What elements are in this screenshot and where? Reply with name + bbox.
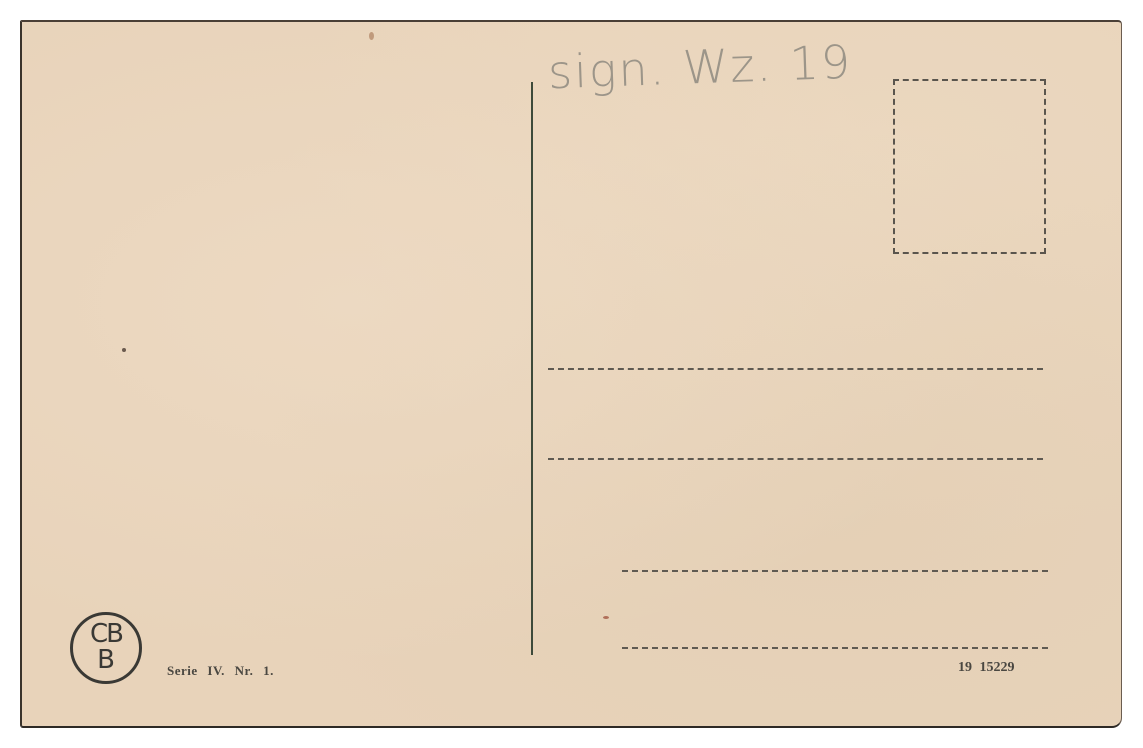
publisher-logo-icon: CB B bbox=[70, 612, 142, 684]
address-line-4 bbox=[622, 647, 1048, 649]
logo-top-letters: CB bbox=[73, 621, 139, 647]
stain-mark bbox=[369, 32, 374, 40]
address-line-3 bbox=[622, 570, 1048, 572]
address-line-2 bbox=[548, 458, 1043, 460]
stamp-placeholder-box bbox=[893, 79, 1046, 254]
message-address-divider bbox=[531, 82, 533, 655]
handwritten-note: sign. Wz. 19 bbox=[547, 35, 853, 100]
ink-spot bbox=[122, 348, 126, 352]
series-label: Serie IV. Nr. 1. bbox=[167, 663, 274, 679]
print-code: 19 15229 bbox=[958, 660, 1015, 676]
stain-mark bbox=[603, 616, 609, 619]
address-line-1 bbox=[548, 368, 1043, 370]
logo-bottom-letter: B bbox=[73, 647, 139, 673]
